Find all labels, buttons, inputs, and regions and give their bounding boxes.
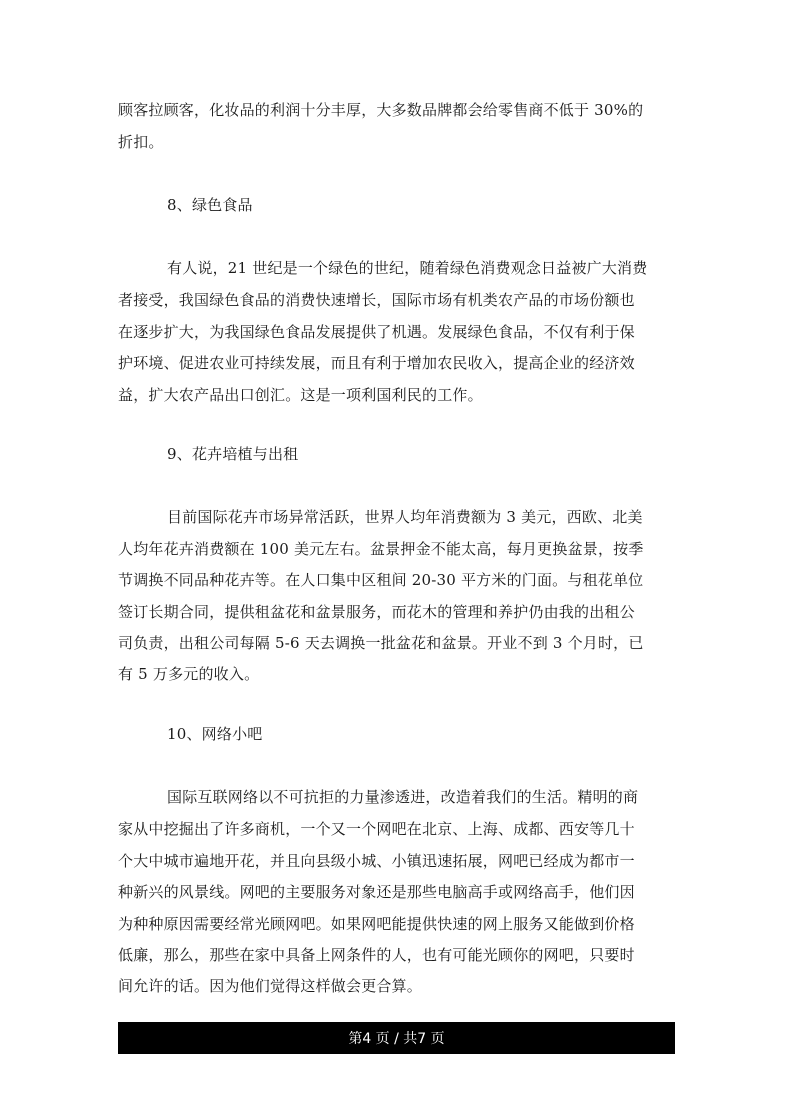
paragraph-line: 签订长期合同，提供租盆花和盆景服务，而花木的管理和养护仍由我的出租公 — [118, 602, 678, 622]
paragraph-line: 个大中城市遍地开花，并且向县级小城、小镇迅速拓展，网吧已经成为都市一 — [118, 851, 678, 871]
paragraph-line: 护环境、促进农业可持续发展，而且有利于增加农民收入，提高企业的经济效 — [118, 353, 678, 373]
section-heading: 8、绿色食品 — [167, 195, 727, 215]
page-footer: 第4 页 / 共7 页 — [118, 1022, 675, 1054]
paragraph-line: 有人说，21 世纪是一个绿色的世纪，随着绿色消费观念日益被广大消费 — [167, 258, 727, 278]
paragraph-line: 种新兴的风景线。网吧的主要服务对象还是那些电脑高手或网络高手，他们因 — [118, 882, 678, 902]
paragraph-line: 国际互联网络以不可抗拒的力量渗透进，改造着我们的生活。精明的商 — [167, 787, 727, 807]
section-heading: 10、网络小吧 — [167, 724, 727, 744]
paragraph-line: 益，扩大农产品出口创汇。这是一项利国利民的工作。 — [118, 385, 678, 405]
paragraph-line: 家从中挖掘出了许多商机，一个又一个网吧在北京、上海、成都、西安等几十 — [118, 819, 678, 839]
paragraph-line: 人均年花卉消费额在 100 美元左右。盆景押金不能太高，每月更换盆景，按季 — [118, 539, 678, 559]
paragraph-line: 者接受，我国绿色食品的消费快速增长，国际市场有机类农产品的市场份额也 — [118, 290, 678, 310]
section-heading: 9、花卉培植与出租 — [167, 444, 727, 464]
paragraph-line: 顾客拉顾客，化妆品的利润十分丰厚，大多数品牌都会给零售商不低于 30%的 — [118, 100, 678, 120]
paragraph-line: 目前国际花卉市场异常活跃，世界人均年消费额为 3 美元，西欧、北美 — [167, 507, 727, 527]
paragraph-line: 有 5 万多元的收入。 — [118, 664, 678, 684]
paragraph-line: 折扣。 — [118, 132, 678, 152]
paragraph-line: 为种种原因需要经常光顾网吧。如果网吧能提供快速的网上服务又能做到价格 — [118, 914, 678, 934]
paragraph-line: 节调换不同品种花卉等。在人口集中区租间 20-30 平方米的门面。与租花单位 — [118, 570, 678, 590]
paragraph-line: 在逐步扩大，为我国绿色食品发展提供了机遇。发展绿色食品，不仅有利于保 — [118, 322, 678, 342]
page-indicator: 第4 页 / 共7 页 — [348, 1028, 444, 1048]
paragraph-line: 低廉，那么，那些在家中具备上网条件的人，也有可能光顾你的网吧，只要时 — [118, 945, 678, 965]
paragraph-line: 间允许的话。因为他们觉得这样做会更合算。 — [118, 976, 678, 996]
document-page: 顾客拉顾客，化妆品的利润十分丰厚，大多数品牌都会给零售商不低于 30%的 折扣。… — [0, 0, 792, 1120]
paragraph-line: 司负责，出租公司每隔 5-6 天去调换一批盆花和盆景。开业不到 3 个月时，已 — [118, 633, 678, 653]
